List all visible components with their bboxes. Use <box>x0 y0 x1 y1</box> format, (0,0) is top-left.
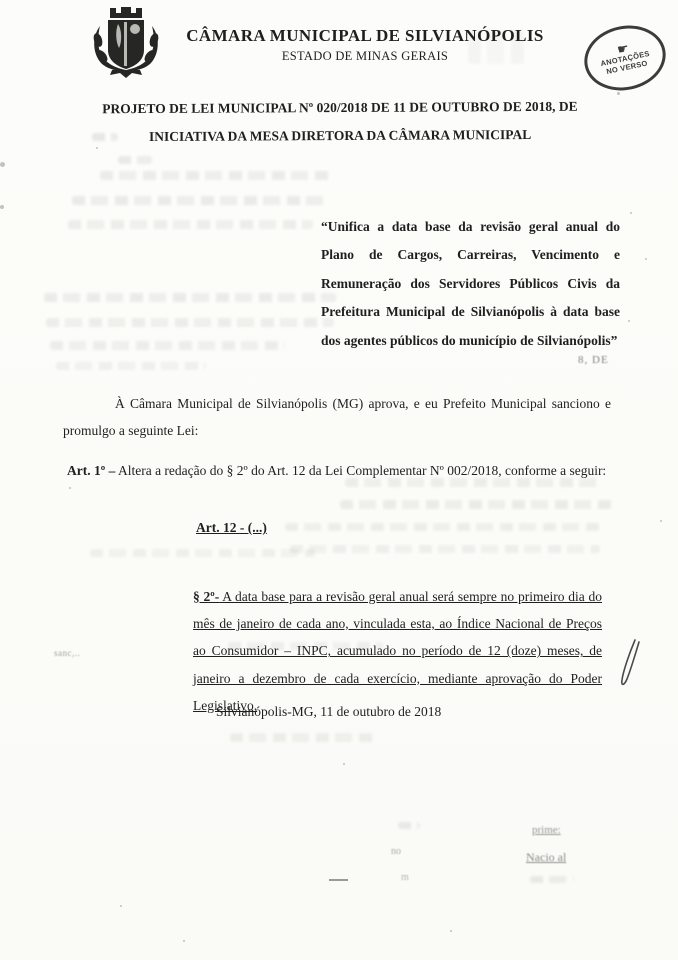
bleed-through-smudge <box>56 362 206 370</box>
paper-speck <box>450 930 452 932</box>
ementa-quote: “Unifica a data base da revisão geral an… <box>321 213 620 356</box>
paper-speck <box>617 92 620 95</box>
preamble-paragraph: À Câmara Municipal de Silvianópolis (MG)… <box>63 390 611 445</box>
bleed-through-smudge <box>228 642 383 650</box>
paragraph-2-text: A data base para a revisão geral anual s… <box>193 589 602 714</box>
handwritten-checkmark <box>602 636 644 697</box>
bleed-through-smudge <box>100 171 330 180</box>
paper-speck <box>343 763 345 765</box>
bleed-fragment-prime: prime: <box>532 824 561 836</box>
bleed-through-smudge <box>68 220 313 229</box>
bleed-through-smudge <box>468 30 530 64</box>
paper-speck <box>645 258 647 260</box>
bleed-fragment-sanc: sanc,.. <box>54 648 80 658</box>
article-1-label: Art. 1º – <box>67 463 115 478</box>
bleed-through-smudge <box>290 545 600 553</box>
paper-speck <box>69 487 71 489</box>
place-date-line: Silvianópolis-MG, 11 de outubro de 2018 <box>216 704 441 720</box>
bleed-through-smudge <box>230 733 378 742</box>
scanned-document-page: CÂMARA MUNICIPAL DE SILVIANÓPOLIS ESTADO… <box>0 0 678 960</box>
paper-speck <box>0 205 4 209</box>
bleed-through-smudge <box>72 196 330 205</box>
bleed-fragment-no: no <box>391 846 401 857</box>
bleed-through-smudge <box>530 876 574 883</box>
paper-speck <box>183 940 185 942</box>
stray-pen-dash <box>329 879 348 881</box>
bleed-through-smudge <box>44 293 336 302</box>
bleed-through-smudge <box>345 478 600 487</box>
bleed-through-smudge <box>92 133 118 141</box>
bleed-fragment-8de: 8, DE <box>578 354 609 366</box>
paper-speck <box>0 162 5 167</box>
paragraph-2-label: § 2º- <box>193 589 219 604</box>
bleed-through-smudge <box>90 549 315 557</box>
bleed-fragment-nacional: Nacio al <box>526 850 566 865</box>
document-title-line-1: PROJETO DE LEI MUNICIPAL Nº 020/2018 DE … <box>70 93 610 124</box>
paper-speck <box>96 147 98 149</box>
bleed-through-smudge <box>46 318 334 327</box>
bleed-through-smudge <box>398 822 420 829</box>
paper-speck <box>660 520 662 522</box>
article-12-heading: Art. 12 - (...) <box>196 520 267 536</box>
paragraph-2-block: § 2º- A data base para a revisão geral a… <box>193 583 602 720</box>
paper-speck <box>628 320 630 322</box>
bleed-fragment-m: m <box>401 872 409 883</box>
document-title: PROJETO DE LEI MUNICIPAL Nº 020/2018 DE … <box>70 93 610 152</box>
document-title-line-2: INICIATIVA DA MESA DIRETORA DA CÂMARA MU… <box>70 121 610 152</box>
paper-speck <box>630 212 632 214</box>
article-1-text: Altera a redação do § 2º do Art. 12 da L… <box>115 463 606 478</box>
bleed-through-smudge <box>50 341 285 350</box>
bleed-through-smudge <box>285 523 600 531</box>
paper-speck <box>120 905 122 907</box>
bleed-through-smudge <box>340 500 612 509</box>
bleed-through-smudge <box>118 156 152 164</box>
anotacoes-no-verso-stamp: ☛ ANOTAÇÕES NO VERSO <box>578 18 672 98</box>
